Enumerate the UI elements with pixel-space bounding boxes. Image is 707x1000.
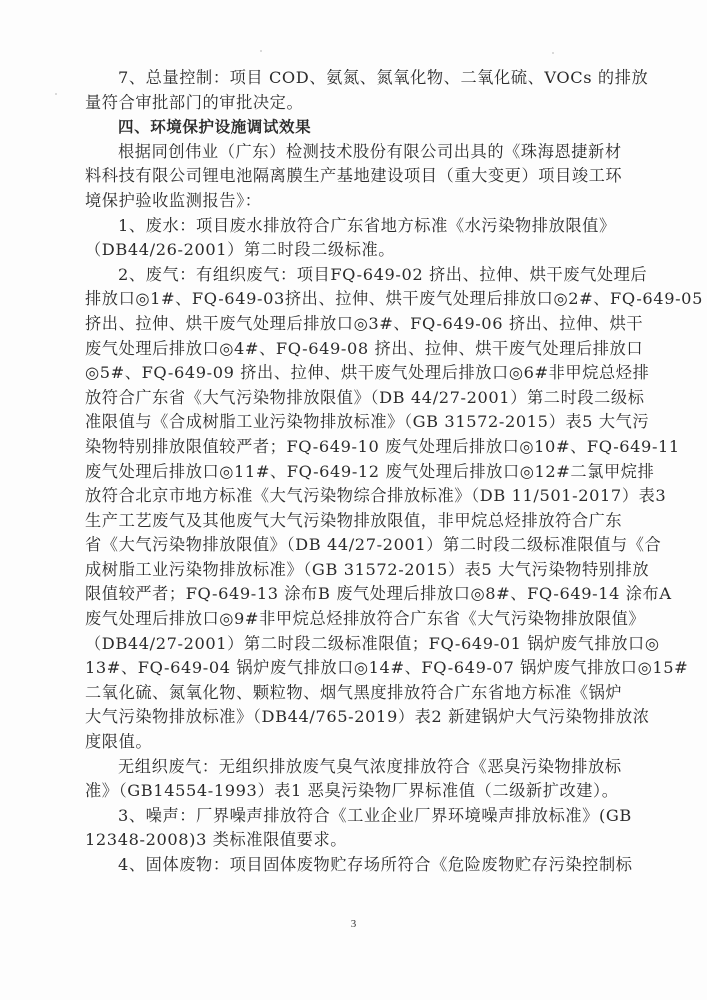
text-line: 准限值与《合成树脂工业污染物排放标准》（GB 31572-2015）表5 大气污 (85, 410, 637, 435)
text-line: 废气处理后排放口◎4#、FQ-649-08 挤出、拉伸、烘干废气处理后排放口 (85, 337, 637, 362)
text-line: 准》（GB14554-1993）表1 恶臭污染物厂界标准值（二级新扩改建）。 (85, 779, 637, 804)
text-line: 废气处理后排放口◎9#非甲烷总烃排放符合广东省《大气污染物排放限值》 (85, 607, 637, 632)
text-line: 放符合广东省《大气污染物排放限值》（DB 44/27-2001）第二时段二级标 (85, 386, 637, 411)
text-line: 量符合审批部门的审批决定。 (85, 91, 637, 116)
section-heading: 四、环境保护设施调试效果 (85, 115, 637, 140)
text-line: 限值较严者；FQ-649-13 涂布B 废气处理后排放口◎8#、FQ-649-1… (85, 582, 637, 607)
text-line: 大气污染物排放标准》（DB44/765-2019）表2 新建锅炉大气污染物排放浓 (85, 705, 637, 730)
text-line: 省《大气污染物排放限值》（DB 44/27-2001）第二时段二级标准限值与《合 (85, 533, 637, 558)
text-line: 二氧化硫、氮氧化物、颗粒物、烟气黑度排放符合广东省地方标准《锅炉 (85, 681, 637, 706)
text-line: （DB44/27-2001）第二时段二级标准限值；FQ-649-01 锅炉废气排… (85, 632, 637, 657)
paragraph-noise: 3、噪声：厂界噪声排放符合《工业企业厂界环境噪声排放标准》(GB (85, 804, 637, 829)
text-line: 成树脂工业污染物排放标准》（GB 31572-2015）表5 大气污染物特别排放 (85, 558, 637, 583)
document-body: 7、总量控制：项目 COD、氨氮、氮氧化物、二氧化硫、VOCs 的排放 量符合审… (85, 66, 637, 878)
paragraph-total-control: 7、总量控制：项目 COD、氨氮、氮氧化物、二氧化硫、VOCs 的排放 (85, 66, 637, 91)
paragraph-exhaust-gas: 2、废气：有组织废气：项目FQ-649-02 挤出、拉伸、烘干废气处理后 (85, 263, 637, 288)
text-line: 染物特别排放限值较严者；FQ-649-10 废气处理后排放口◎10#、FQ-64… (85, 435, 637, 460)
text-line: 挤出、拉伸、烘干废气处理后排放口◎3#、FQ-649-06 挤出、拉伸、烘干 (85, 312, 637, 337)
paragraph-intro: 根据同创伟业（广东）检测技术股份有限公司出具的《珠海恩捷新材 (85, 140, 637, 165)
scan-speck (55, 93, 57, 95)
text-line: 废气处理后排放口◎11#、FQ-649-12 废气处理后排放口◎12#二氯甲烷排 (85, 460, 637, 485)
document-page: 7、总量控制：项目 COD、氨氮、氮氧化物、二氧化硫、VOCs 的排放 量符合审… (0, 0, 707, 1000)
paragraph-solid-waste: 4、固体废物：项目固体废物贮存场所符合《危险废物贮存污染控制标 (85, 853, 637, 878)
text-line: 13#、FQ-649-04 锅炉废气排放口◎14#、FQ-649-07 锅炉废气… (85, 656, 637, 681)
text-line: 生产工艺废气及其他废气大气污染物排放限值，非甲烷总烃排放符合广东 (85, 509, 637, 534)
text-line: 排放口◎1#、FQ-649-03挤出、拉伸、烘干废气处理后排放口◎2#、FQ-6… (85, 287, 637, 312)
scan-speck (260, 50, 262, 52)
text-line: 12348-2008)3 类标准限值要求。 (85, 828, 637, 853)
paragraph-fugitive-emissions: 无组织废气：无组织排放废气臭气浓度排放符合《恶臭污染物排放标 (85, 755, 637, 780)
text-line: 境保护验收监测报告》： (85, 189, 637, 214)
page-number: 3 (0, 918, 707, 930)
text-line: 放符合北京市地方标准《大气污染物综合排放标准》（DB 11/501-2017）表… (85, 484, 637, 509)
text-line: 料科技有限公司锂电池隔离膜生产基地建设项目（重大变更）项目竣工环 (85, 164, 637, 189)
text-line: ◎5#、FQ-649-09 挤出、拉伸、烘干废气处理后排放口◎6#非甲烷总烃排 (85, 361, 637, 386)
text-line: 度限值。 (85, 730, 637, 755)
paragraph-wastewater: 1、废水：项目废水排放符合广东省地方标准《水污染物排放限值》 (85, 214, 637, 239)
scan-speck (552, 52, 554, 54)
text-line: （DB44/26-2001）第二时段二级标准。 (85, 238, 637, 263)
